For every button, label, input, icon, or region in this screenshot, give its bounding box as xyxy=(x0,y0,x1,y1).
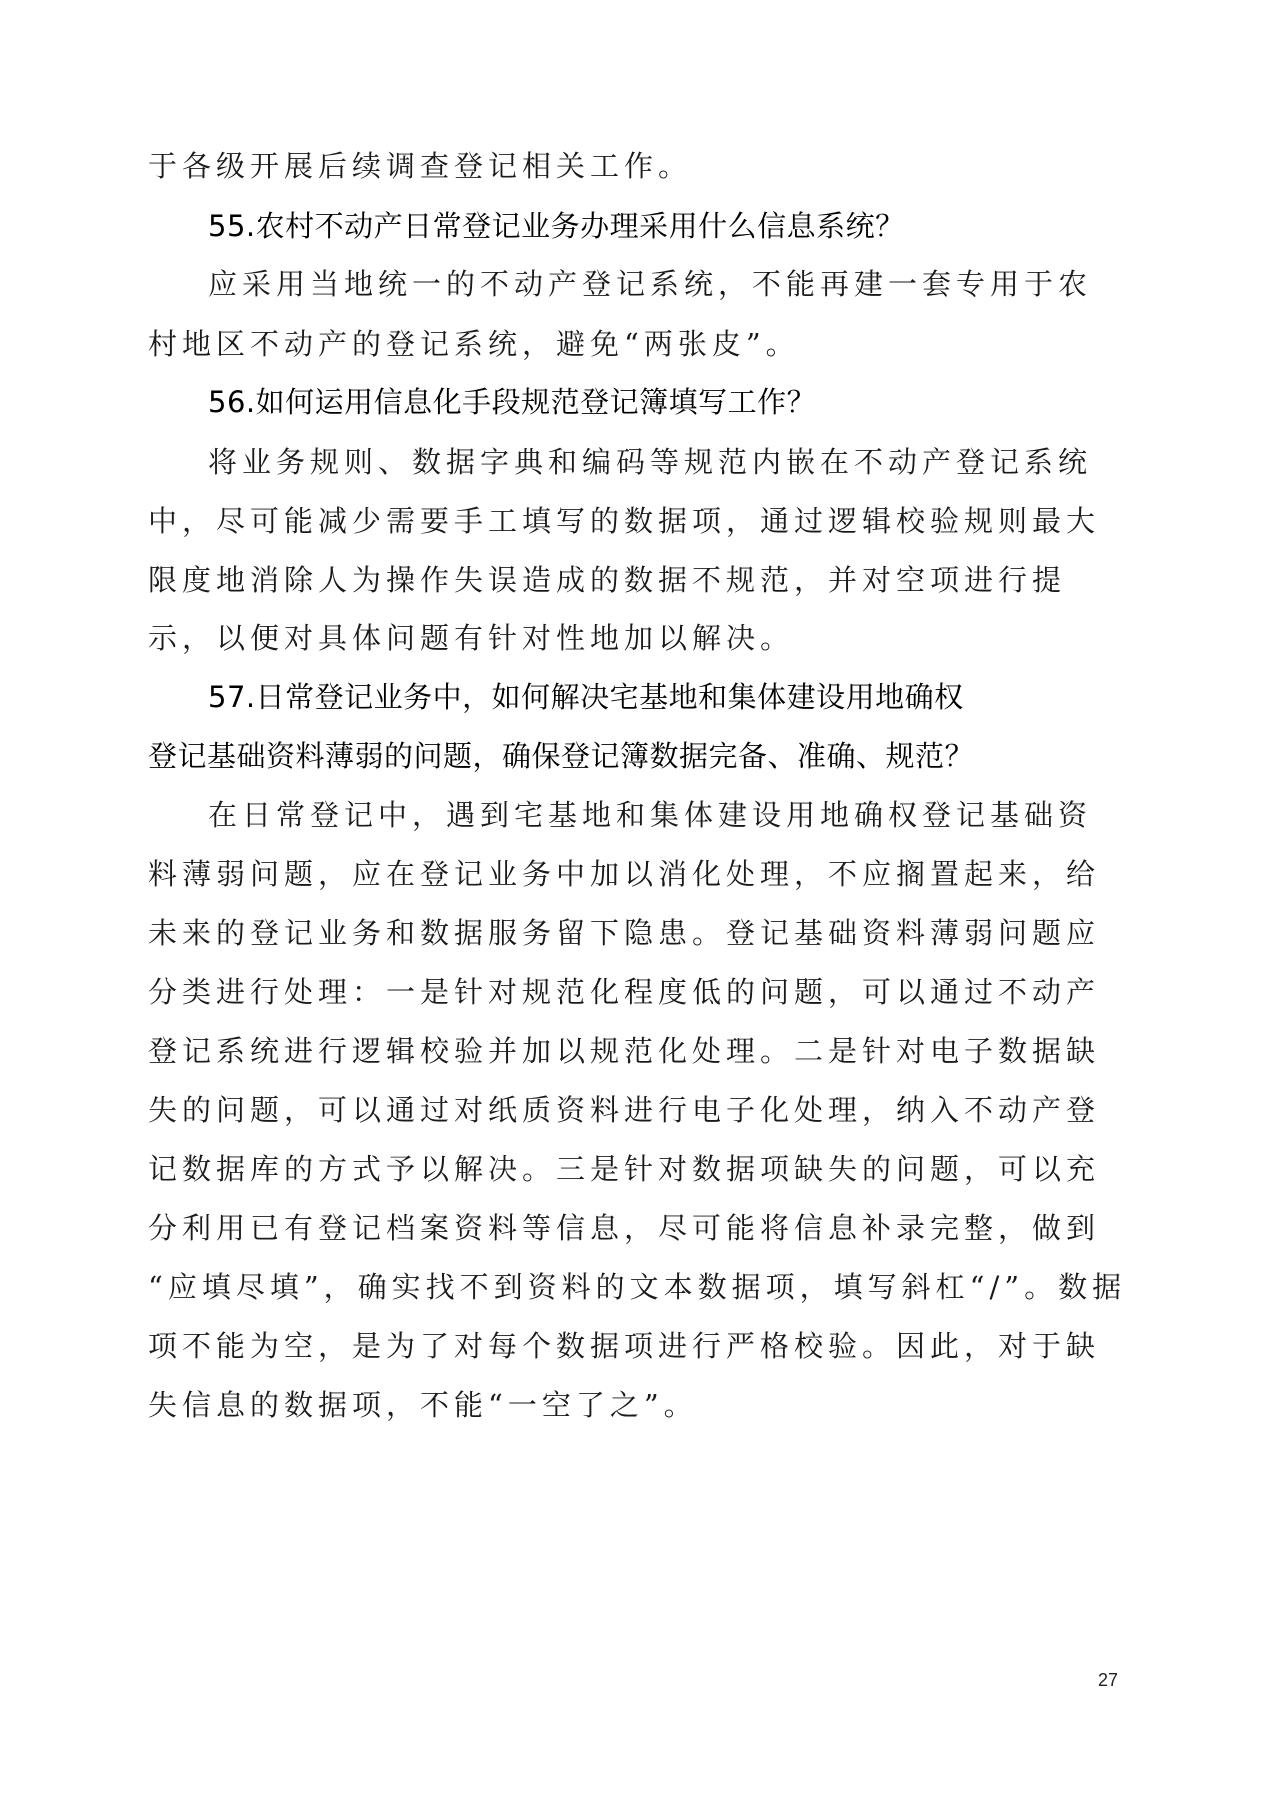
question-heading-55: 55.农村不动产日常登记业务办理采用什么信息系统？ xyxy=(208,206,1188,246)
question-heading-57: 登记基础资料薄弱的问题，确保登记簿数据完备、准确、规范？ xyxy=(148,736,1128,776)
answer-56-line: 将业务规则、数据字典和编码等规范内嵌在不动产登记系统 xyxy=(208,442,1188,482)
answer-57-line: 料薄弱问题，应在登记业务中加以消化处理，不应搁置起来，给 xyxy=(148,854,1128,894)
answer-57-line: 失信息的数据项，不能“一空了之”。 xyxy=(148,1385,1128,1425)
answer-55-line: 应采用当地统一的不动产登记系统，不能再建一套专用于农 xyxy=(208,264,1188,304)
answer-57-line: 在日常登记中，遇到宅基地和集体建设用地确权登记基础资 xyxy=(208,795,1188,835)
answer-57-line: 登记系统进行逻辑校验并加以规范化处理。二是针对电子数据缺 xyxy=(148,1031,1128,1071)
answer-57-line: 项不能为空，是为了对每个数据项进行严格校验。因此，对于缺 xyxy=(148,1326,1128,1366)
document-page: 于各级开展后续调查登记相关工作。 55.农村不动产日常登记业务办理采用什么信息系… xyxy=(0,0,1280,1810)
answer-57-line: “应填尽填”，确实找不到资料的文本数据项，填写斜杠“/”。数据 xyxy=(148,1267,1128,1307)
answer-56-line: 中，尽可能减少需要手工填写的数据项，通过逻辑校验规则最大 xyxy=(148,501,1128,541)
answer-57-line: 记数据库的方式予以解决。三是针对数据项缺失的问题，可以充 xyxy=(148,1149,1128,1189)
answer-55-line: 村地区不动产的登记系统，避免“两张皮”。 xyxy=(148,324,1128,364)
question-heading-57: 57.日常登记业务中，如何解决宅基地和集体建设用地确权 xyxy=(208,677,1188,717)
page-number: 27 xyxy=(1098,1670,1118,1691)
answer-56-line: 示，以便对具体问题有针对性地加以解决。 xyxy=(148,618,1128,658)
answer-57-line: 分类进行处理：一是针对规范化程度低的问题，可以通过不动产 xyxy=(148,972,1128,1012)
answer-56-line: 限度地消除人为操作失误造成的数据不规范，并对空项进行提 xyxy=(148,560,1128,600)
question-heading-56: 56.如何运用信息化手段规范登记簿填写工作？ xyxy=(208,382,1188,422)
answer-57-line: 失的问题，可以通过对纸质资料进行电子化处理，纳入不动产登 xyxy=(148,1090,1128,1130)
answer-57-line: 未来的登记业务和数据服务留下隐患。登记基础资料薄弱问题应 xyxy=(148,913,1128,953)
answer-57-line: 分利用已有登记档案资料等信息，尽可能将信息补录完整，做到 xyxy=(148,1208,1128,1248)
paragraph-line: 于各级开展后续调查登记相关工作。 xyxy=(148,146,1128,186)
